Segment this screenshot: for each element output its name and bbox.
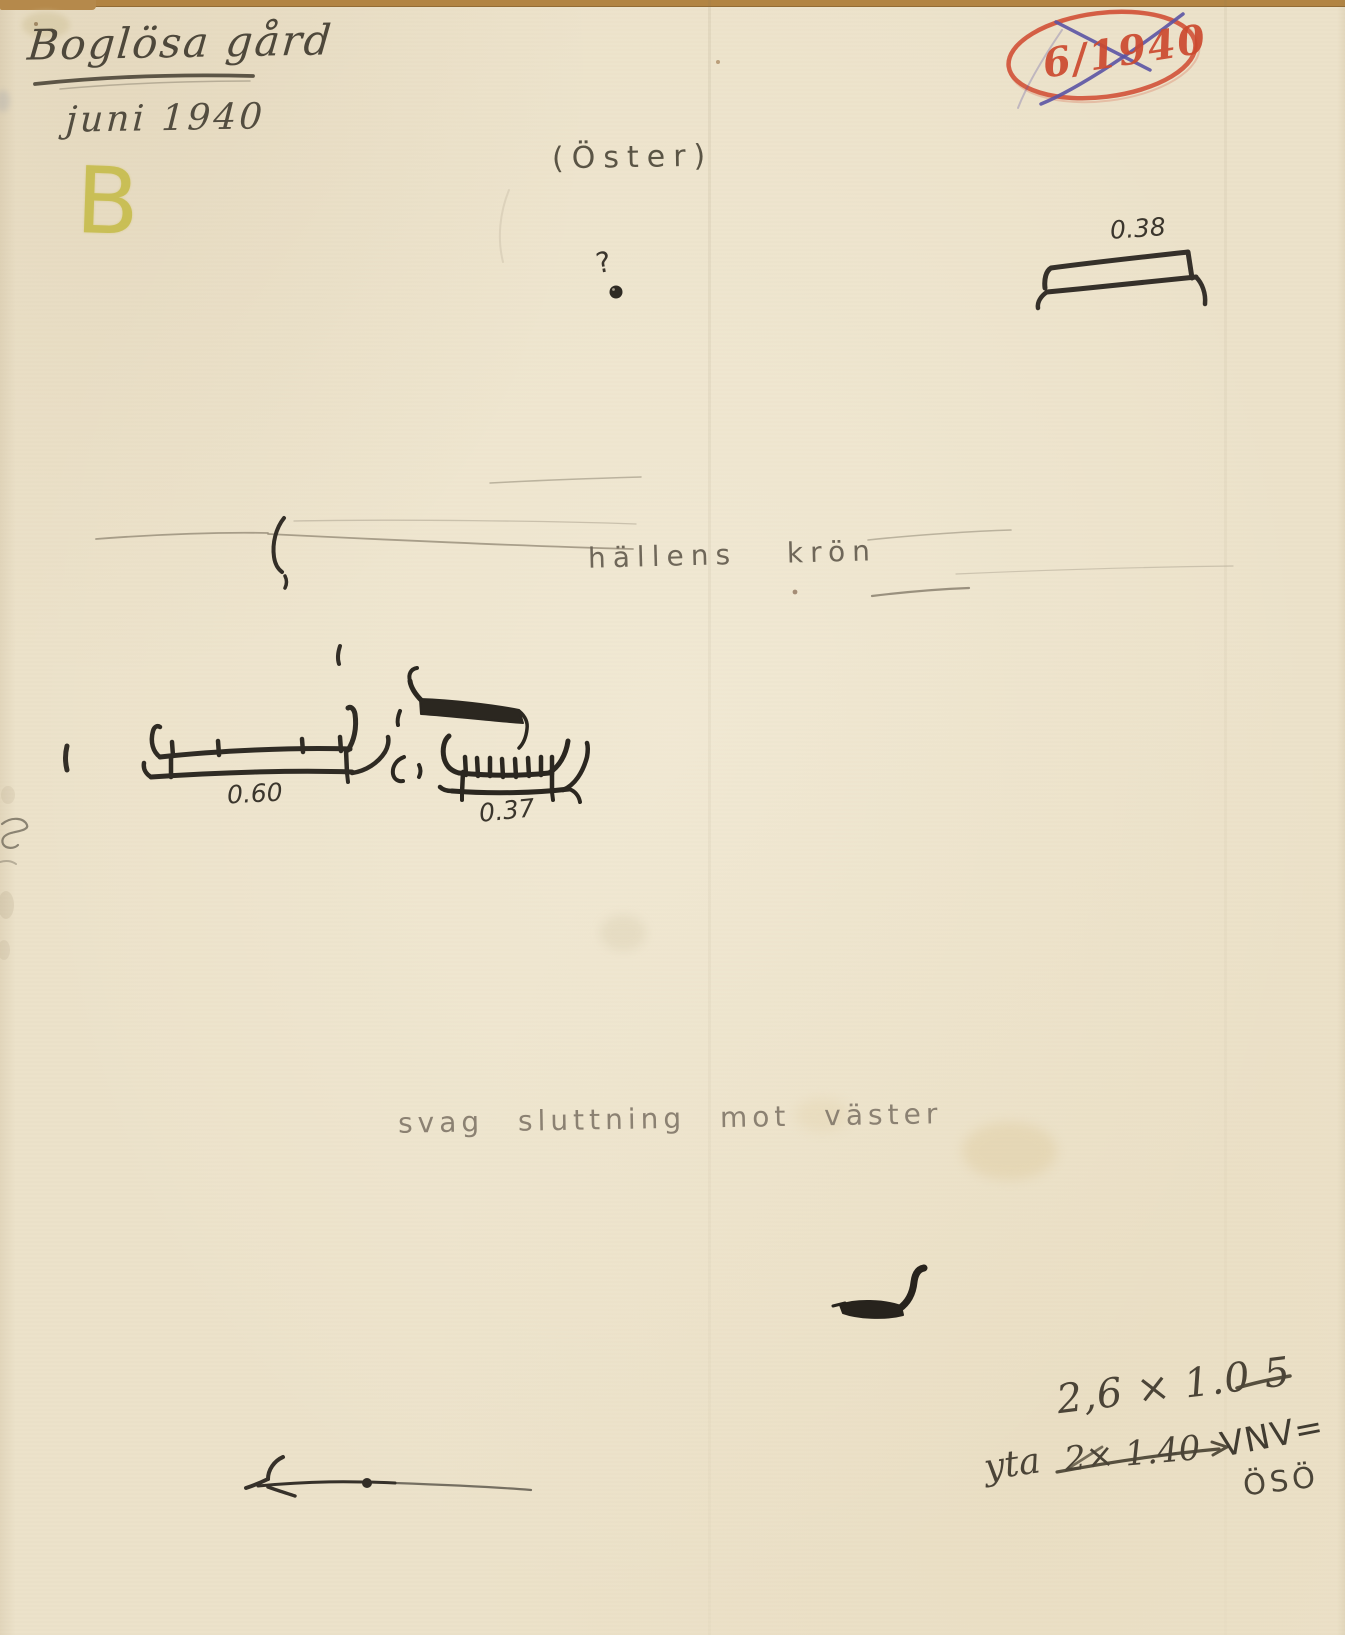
terrain-crest-lines bbox=[96, 190, 1233, 596]
scanned-field-sketch-page: Boglösa gård juni 1940 B (Öster) ? 6/194… bbox=[0, 0, 1345, 1635]
stray-pencil-marks bbox=[66, 518, 341, 770]
ship-figure-top-right bbox=[1038, 252, 1205, 308]
orientation-note: (Öster) bbox=[552, 139, 714, 177]
date-note: juni 1940 bbox=[65, 96, 266, 140]
measurement-ship-top-right: 0.38 bbox=[1109, 212, 1167, 245]
baseline-figure bbox=[246, 1457, 531, 1496]
index-letter: B bbox=[74, 147, 141, 256]
hook-figure bbox=[833, 1268, 924, 1318]
margin-scribble bbox=[0, 786, 27, 960]
ship-figure-left bbox=[144, 707, 389, 782]
animal-body bbox=[420, 699, 523, 723]
measurement-ship-right: 0.37 bbox=[478, 793, 536, 828]
measurement-ship-left: 0.60 bbox=[226, 778, 283, 810]
ship-figure-right-with-animal bbox=[393, 668, 588, 802]
cup-mark-dot bbox=[610, 286, 623, 299]
title-underline bbox=[35, 75, 253, 89]
site-name: Boglösa gård bbox=[26, 15, 335, 69]
surface-word: yta bbox=[981, 1440, 1042, 1488]
